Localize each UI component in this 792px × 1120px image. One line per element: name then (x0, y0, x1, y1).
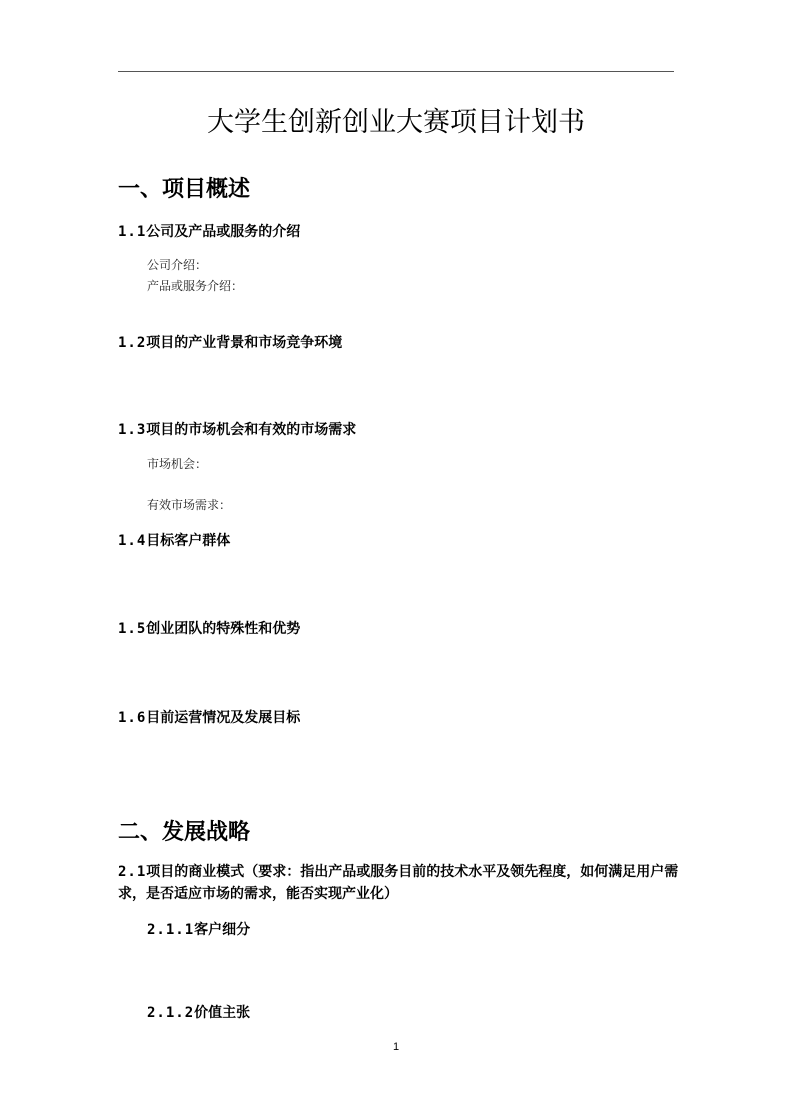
subsection-number: 1.6 (118, 710, 146, 726)
subsection-2-1: 2.1项目的商业模式（要求：指出产品或服务目前的技术水平及领先程度，如何满足用户… (118, 861, 688, 905)
subsection-number: 1.2 (118, 335, 146, 351)
subsection-1-6: 1.6目前运营情况及发展目标 (118, 707, 300, 727)
section-heading-overview: 一、项目概述 (118, 172, 250, 203)
subsection-number: 1.5 (118, 621, 146, 637)
subsection-1-3: 1.3项目的市场机会和有效的市场需求 (118, 419, 356, 439)
market-demand-label: 有效市场需求： (147, 496, 231, 513)
subsection-1-5: 1.5创业团队的特殊性和优势 (118, 618, 300, 638)
company-intro-label: 公司介绍： (147, 256, 207, 273)
subsection-1-4: 1.4目标客户群体 (118, 530, 230, 550)
subsection-number: 2.1 (118, 864, 146, 880)
subsection-number: 1.3 (118, 422, 146, 438)
product-intro-label: 产品或服务介绍： (147, 277, 243, 294)
subsection-number: 2.1.2 (147, 1005, 194, 1021)
subsection-title: 创业团队的特殊性和优势 (146, 621, 300, 637)
subsection-2-1-2: 2.1.2价值主张 (147, 1002, 250, 1022)
subsection-number: 1.1 (118, 224, 146, 240)
subsection-title: 项目的产业背景和市场竞争环境 (146, 335, 342, 351)
subsection-title: 项目的商业模式（要求：指出产品或服务目前的技术水平及领先程度，如何满足用户需求，… (118, 864, 678, 902)
page-number: 1 (0, 1041, 792, 1053)
market-opportunity-label: 市场机会： (147, 455, 207, 472)
subsection-number: 1.4 (118, 533, 146, 549)
subsection-title: 公司及产品或服务的介绍 (146, 224, 300, 240)
subsection-title: 项目的市场机会和有效的市场需求 (146, 422, 356, 438)
subsection-title: 价值主张 (194, 1005, 250, 1021)
section-heading-strategy: 二、发展战略 (118, 815, 250, 846)
subsection-title: 目前运营情况及发展目标 (146, 710, 300, 726)
subsection-title: 客户细分 (194, 922, 250, 938)
subsection-number: 2.1.1 (147, 922, 194, 938)
subsection-title: 目标客户群体 (146, 533, 230, 549)
header-rule (118, 71, 674, 72)
subsection-2-1-1: 2.1.1客户细分 (147, 919, 250, 939)
subsection-1-2: 1.2项目的产业背景和市场竞争环境 (118, 332, 342, 352)
document-title: 大学生创新创业大赛项目计划书 (0, 100, 792, 139)
subsection-1-1: 1.1公司及产品或服务的介绍 (118, 221, 300, 241)
